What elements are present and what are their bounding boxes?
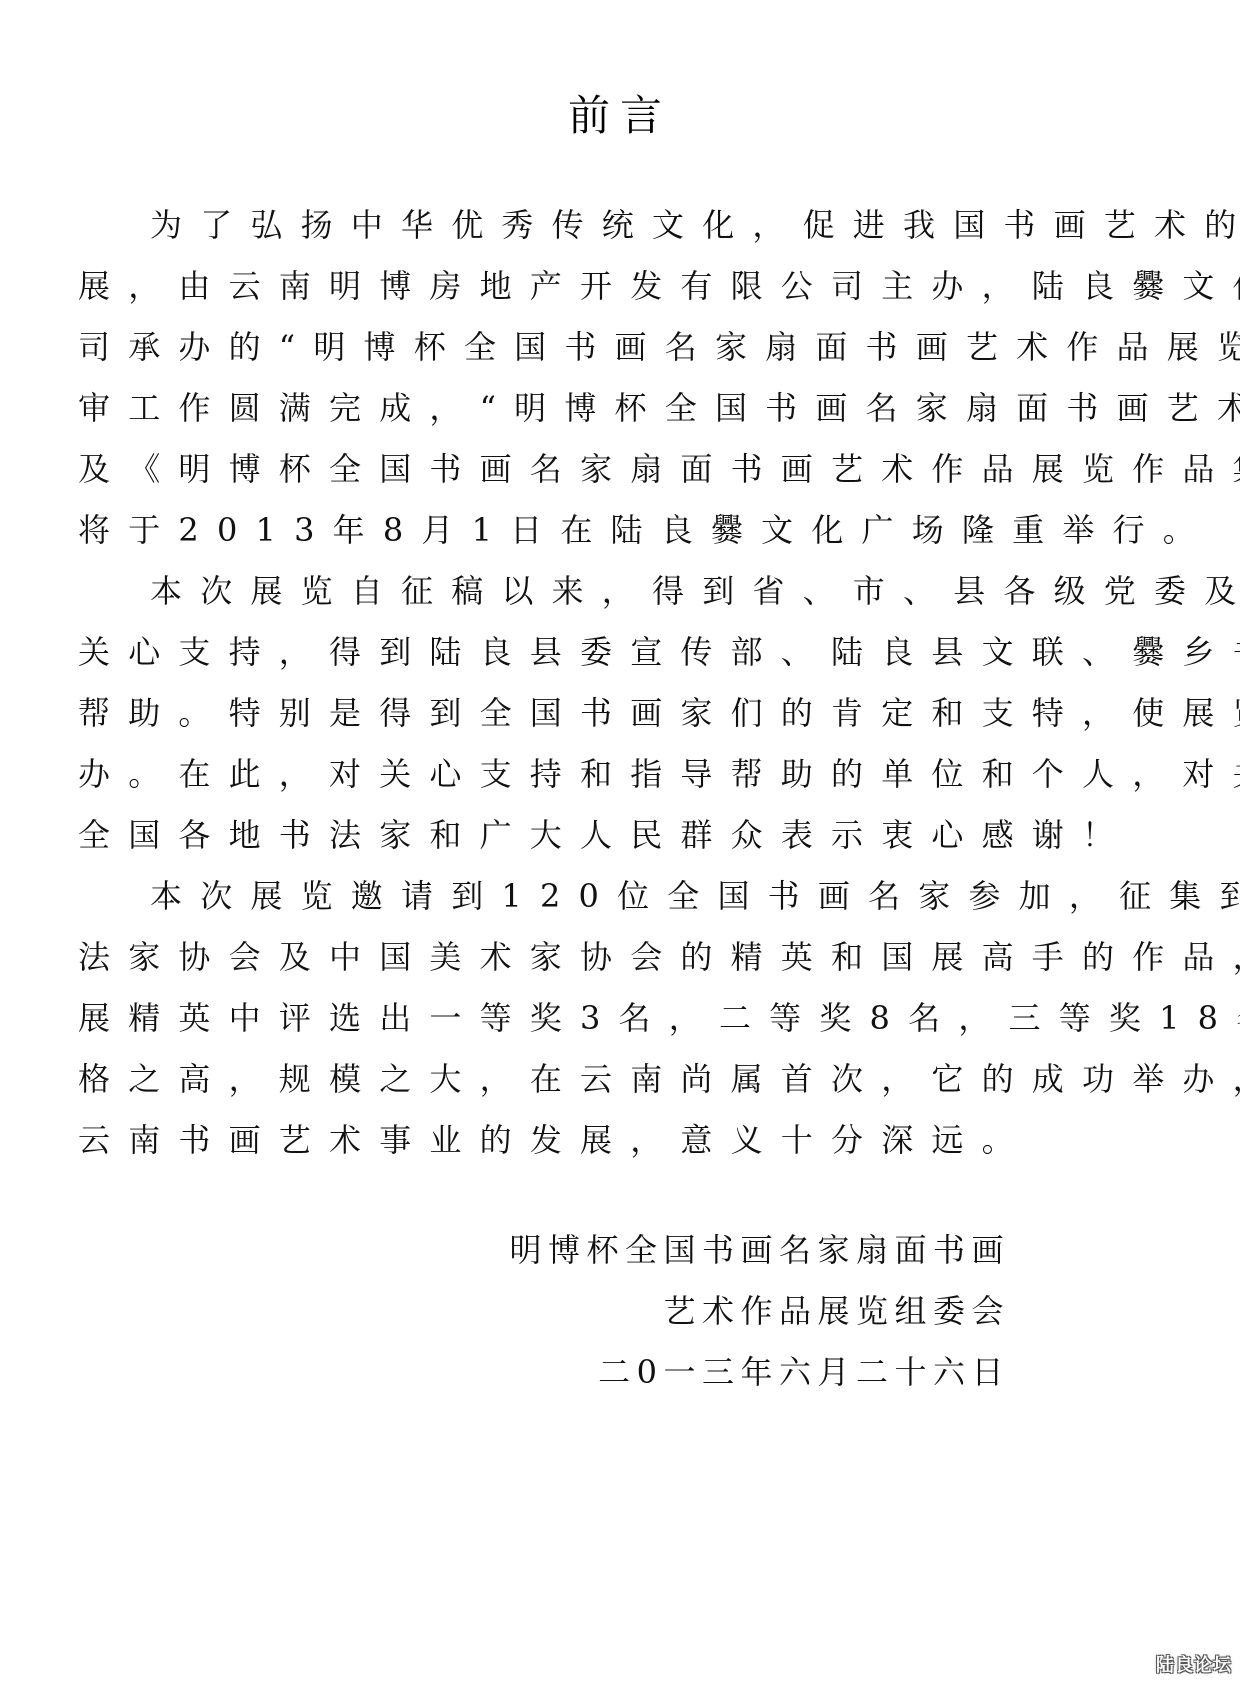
paragraph-1: 为了弘扬中华优秀传统文化，促进我国书画艺术的繁荣与发 展，由云南明博房地产开发有…: [78, 205, 1168, 571]
paragraph-line: 帮助。特别是得到全国书画家们的肯定和支特，使展览得于成功举: [78, 693, 1168, 754]
paragraph-line: 审工作圆满完成，“明博杯全国书画名家扇面书画艺术作品展览”: [78, 388, 1168, 449]
paragraph-line: 格之高，规模之大，在云南尚属首次，它的成功举办，将巨大推动: [78, 1059, 1168, 1120]
paragraph-line: 展精英中评选出一等奖3名，二等奖8名，三等奖18名。本次展览规: [78, 998, 1168, 1059]
paragraph-line: 云南书画艺术事业的发展，意义十分深远。: [78, 1120, 1168, 1181]
paragraph-line: 本次展览邀请到120位全国书画名家参加，征集到187位中国书: [78, 876, 1168, 937]
paragraph-2: 本次展览自征稿以来，得到省、市、县各级党委及政府的大力 关心支持，得到陆良县委宣…: [78, 571, 1168, 876]
paragraph-line: 法家协会及中国美术家协会的精英和国展高手的作品，并从187位国: [78, 937, 1168, 998]
organizer-name-line-2: 艺术作品展览组委会: [509, 1291, 1010, 1352]
organizer-name-line-1: 明博杯全国书画名家扇面书画: [509, 1230, 1010, 1291]
paragraph-line: 为了弘扬中华优秀传统文化，促进我国书画艺术的繁荣与发: [78, 205, 1168, 266]
paragraph-line: 本次展览自征稿以来，得到省、市、县各级党委及政府的大力: [78, 571, 1168, 632]
signature-date: 二0一三年六月二十六日: [509, 1352, 1010, 1413]
paragraph-line: 展，由云南明博房地产开发有限公司主办，陆良爨文化传播有限公: [78, 266, 1168, 327]
paragraph-line: 及《明博杯全国书画名家扇面书画艺术作品展览作品集》首发式，: [78, 449, 1168, 510]
page-title: 前言: [0, 88, 1240, 144]
forum-watermark: 陆良论坛: [1156, 1651, 1232, 1677]
paragraph-line: 将于2013年8月1日在陆良爨文化广场隆重举行。: [78, 510, 1168, 571]
paragraph-line: 司承办的“明博杯全国书画名家扇面书画艺术作品展览”征稿及评: [78, 327, 1168, 388]
preface-body: 为了弘扬中华优秀传统文化，促进我国书画艺术的繁荣与发 展，由云南明博房地产开发有…: [78, 205, 1168, 1181]
paragraph-line: 关心支持，得到陆良县委宣传部、陆良县文联、爨乡书画院的指导: [78, 632, 1168, 693]
signature-block: 明博杯全国书画名家扇面书画 艺术作品展览组委会 二0一三年六月二十六日: [509, 1230, 1010, 1413]
paragraph-3: 本次展览邀请到120位全国书画名家参加，征集到187位中国书 法家协会及中国美术…: [78, 876, 1168, 1181]
paragraph-line: 全国各地书法家和广大人民群众表示衷心感谢！: [78, 815, 1168, 876]
paragraph-line: 办。在此，对关心支持和指导帮助的单位和个人，对关心及支持的: [78, 754, 1168, 815]
